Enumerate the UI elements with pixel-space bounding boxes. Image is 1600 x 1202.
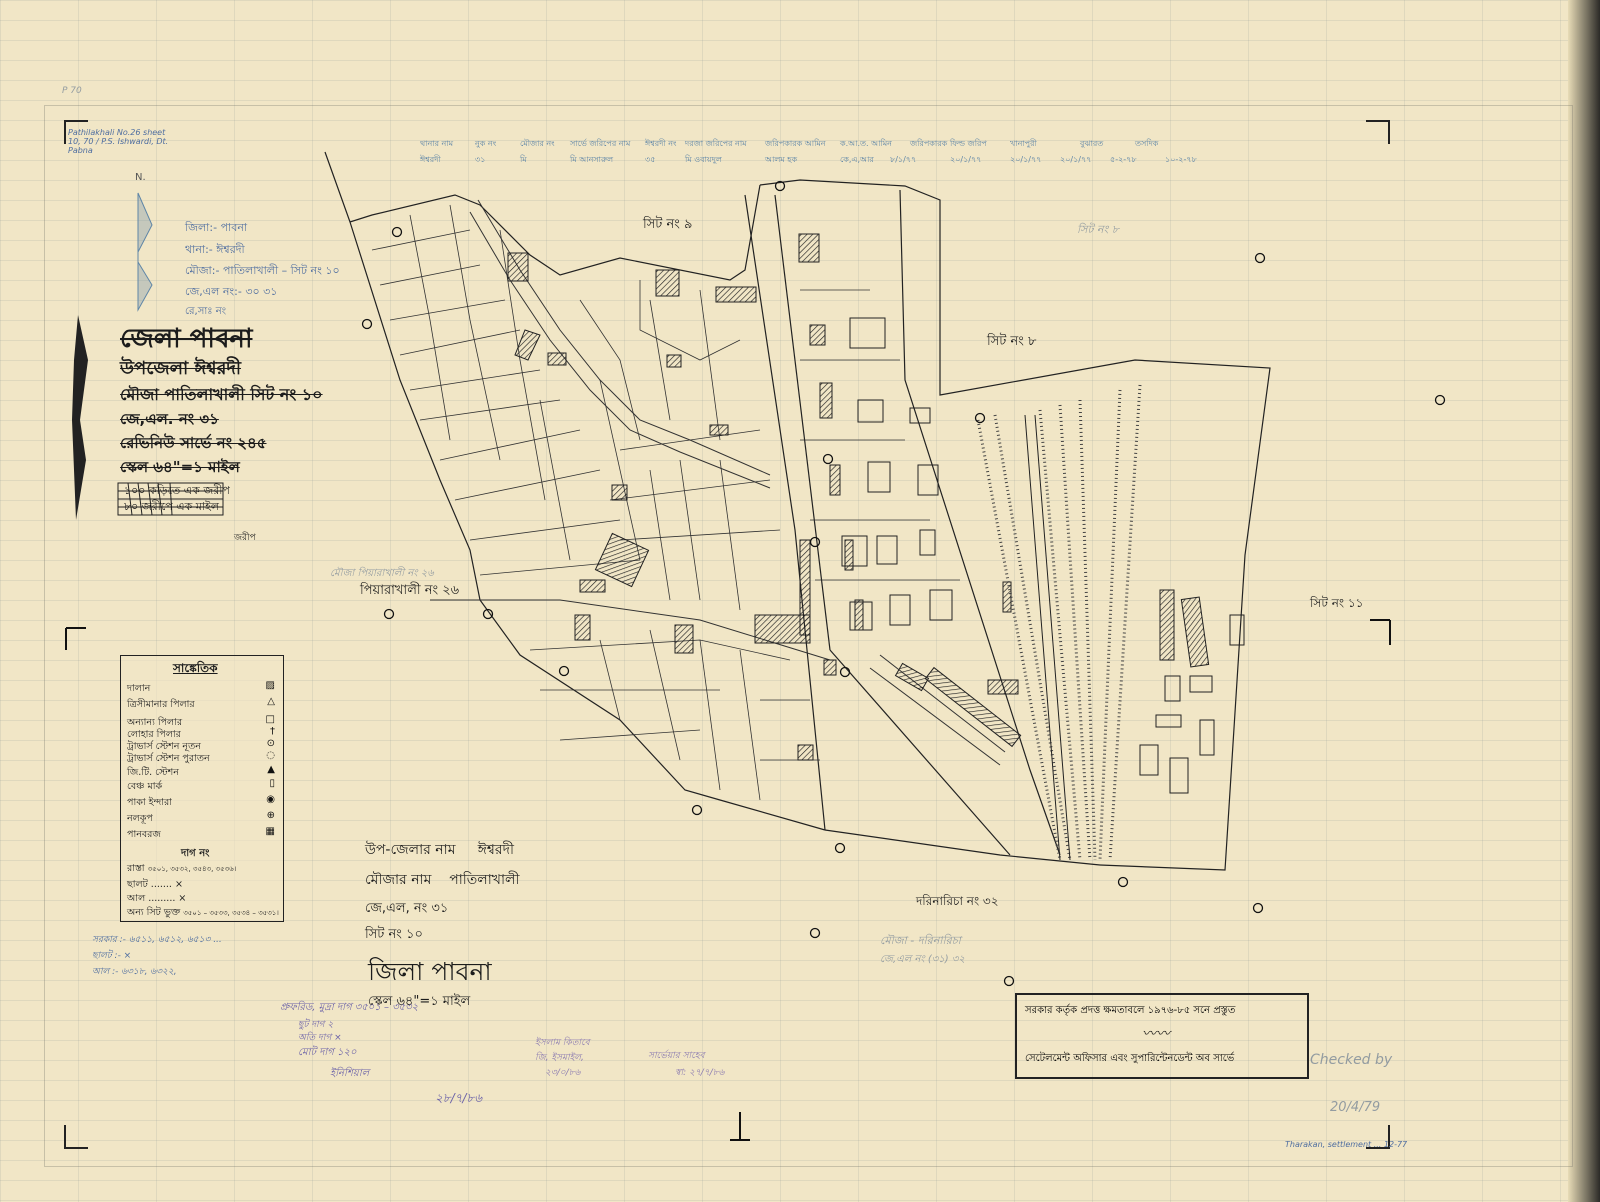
label-adjacent-south-jl: জে,এল নং (৩১) ৩২ [880, 952, 965, 969]
well-icon: ◉ [266, 794, 275, 805]
scale-bar-unit: জরীপ [234, 530, 256, 545]
tubewell-icon: ⊕ [267, 810, 275, 821]
chain-note-2: ৮০ জরীপে এক মাইল [124, 498, 219, 517]
square-pillar-icon: □ [266, 714, 275, 725]
gt-station-icon: ▲ [267, 764, 275, 775]
dag-row: রাস্তা ৩৫০১, ৩৫৩২, ৩৫৪৩, ৩৫৩৬। [127, 862, 236, 877]
title-upazila: উপজেলা ঈশ্বরদী [120, 354, 241, 385]
certificate-line-2: সেটেলমেন্ট অফিসার এবং সুপারিন্টেনডেন্ট অ… [1025, 1051, 1234, 1068]
label-sheet-9: সিট নং ৯ [643, 215, 692, 236]
certificate-signature: 〰〰 [1142, 1023, 1170, 1043]
north-field-district: জিলা:- পাবনা [185, 219, 247, 238]
building-outlines [842, 318, 1244, 793]
railway-tracks [978, 385, 1140, 860]
legend-item: নলকূপ [127, 812, 153, 827]
checked-by-note: Checked by [1310, 1052, 1392, 1068]
north-arrow-icon [138, 193, 152, 310]
label-adjacent-south: দরিনারিচা নং ৩২ [916, 893, 999, 913]
traverse-old-icon: ◌ [266, 750, 275, 761]
label-adjacent-west: পিয়ারাখালী নং ২৬ [360, 581, 459, 602]
label-adjacent-south-pencil: মৌজা - দরিনারিচা [880, 932, 961, 951]
mid-note-5: স্বা: ২৭/৭/৮৬ [675, 1065, 724, 1080]
bottom-mouza: মৌজার নাম পাতিলাখালী [365, 868, 519, 892]
direction-bar-icon [72, 315, 88, 520]
left-note-1: সরকার :- ৬৫১১, ৬৫১২, ৬৫১৩ ... [92, 932, 222, 947]
north-field-jl: জে,এল নং:- ৩০ ৩১ [185, 283, 277, 302]
label-sheet-8: সিট নং ৮ [987, 332, 1036, 353]
mouza-boundary [325, 152, 1270, 870]
bench-mark-icon: ▯ [269, 778, 275, 789]
cadastral-map-sheet: P 70 Pathilakhali No.26 sheet 10, 70 / P… [0, 0, 1600, 1202]
triangle-icon: △ [267, 696, 275, 707]
legend-item: পানবরজ [127, 828, 161, 843]
title-revenue-survey: রেভিনিউ সার্ভে নং ২৪৫ [120, 432, 267, 457]
proof-note-date: ২৮/৭/৮৬ [435, 1090, 482, 1110]
label-sheet-11: সিট নং ১১ [1310, 595, 1363, 615]
legend-box: সাঙ্কেতিক দালান▨ ত্রিসীমানার পিলার△ অন্য… [120, 655, 284, 922]
title-jl: জে,এল. নং ৩১ [120, 408, 219, 433]
dag-row: অন্য সিট ভুক্ত ৩৫০১ – ৩৫৩৩, ৩৫৩৪ – ৩৫৩১। [127, 906, 279, 921]
mid-note-3: ২৩/০/৮৬ [545, 1065, 580, 1080]
bottom-district: জিলা পাবনা [368, 952, 492, 995]
dag-row: আল ......... × [127, 892, 186, 907]
bottom-right-note: Tharakan, settlement ... 12-77 [1285, 1140, 1407, 1149]
dag-header: দাগ নং [181, 846, 209, 863]
legend-item: ত্রিসীমানার পিলার [127, 698, 195, 713]
betel-garden-icon: ▦ [266, 826, 275, 837]
legend-item: বেঞ্চ মার্ক [127, 780, 162, 795]
north-field-thana: থানা:- ঈশ্বরদী [185, 241, 245, 260]
certificate-box: সরকার কর্তৃক প্রদত্ত ক্ষমতাবলে ১৯৭৬-৮৫ স… [1015, 993, 1309, 1079]
building-icon: ▨ [266, 680, 275, 691]
iron-pillar-icon: † [270, 726, 275, 737]
proof-note-5: ইনিশিয়াল [330, 1066, 369, 1083]
legend-title: সাঙ্কেতিক [173, 660, 218, 680]
legend-item: দালান [127, 682, 150, 697]
label-sheet-8-pencil: সিট নং ৮ [1077, 221, 1119, 240]
legend-item: জি.টি. স্টেশন [127, 766, 179, 781]
left-note-2: ছালট :- × [92, 948, 131, 963]
left-note-3: আল :- ৬৩১৮, ৬৩২২, [92, 964, 177, 979]
checked-date: 20/4/79 [1330, 1100, 1380, 1115]
mid-note-4: সার্ভেয়ার সাহেব [648, 1048, 705, 1063]
mid-note-1: ইসলাম কিতাবে [535, 1035, 590, 1050]
mid-note-2: জি, ইসমাইল, [535, 1050, 584, 1065]
north-field-mouza: মৌজা:- পাতিলাখালী – সিট নং ১০ [185, 262, 340, 281]
dag-row: ছালট ....... × [127, 878, 183, 893]
certificate-line-1: সরকার কর্তৃক প্রদত্ত ক্ষমতাবলে ১৯৭৬-৮৫ স… [1025, 1003, 1235, 1020]
bottom-sheet: সিট নং ১০ [365, 925, 423, 946]
proof-note-4: মোট দাগ ১২০ [298, 1045, 357, 1062]
legend-item: ট্রাভার্স স্টেশন পুরাতন [127, 752, 210, 767]
traverse-new-icon: ⊙ [267, 738, 275, 749]
title-mouza: মৌজা পাতিলাখালী সিট নং ১০ [120, 382, 323, 409]
proof-note-3: অতি দাগ × [298, 1030, 342, 1045]
proof-note-1: প্রুফরিড, মুদ্রা দাগ ৩৫০১ – ৩৫৩২ [280, 1000, 418, 1017]
bottom-upazila: উপ-জেলার নাম ঈশ্বরদী [365, 838, 514, 862]
legend-item: পাকা ইন্দারা [127, 796, 172, 811]
bottom-jl: জে,এল, নং ৩১ [365, 899, 448, 920]
building-icons [508, 234, 1209, 760]
title-scale: স্কেল ৬৪"=১ মাইল [120, 456, 240, 481]
